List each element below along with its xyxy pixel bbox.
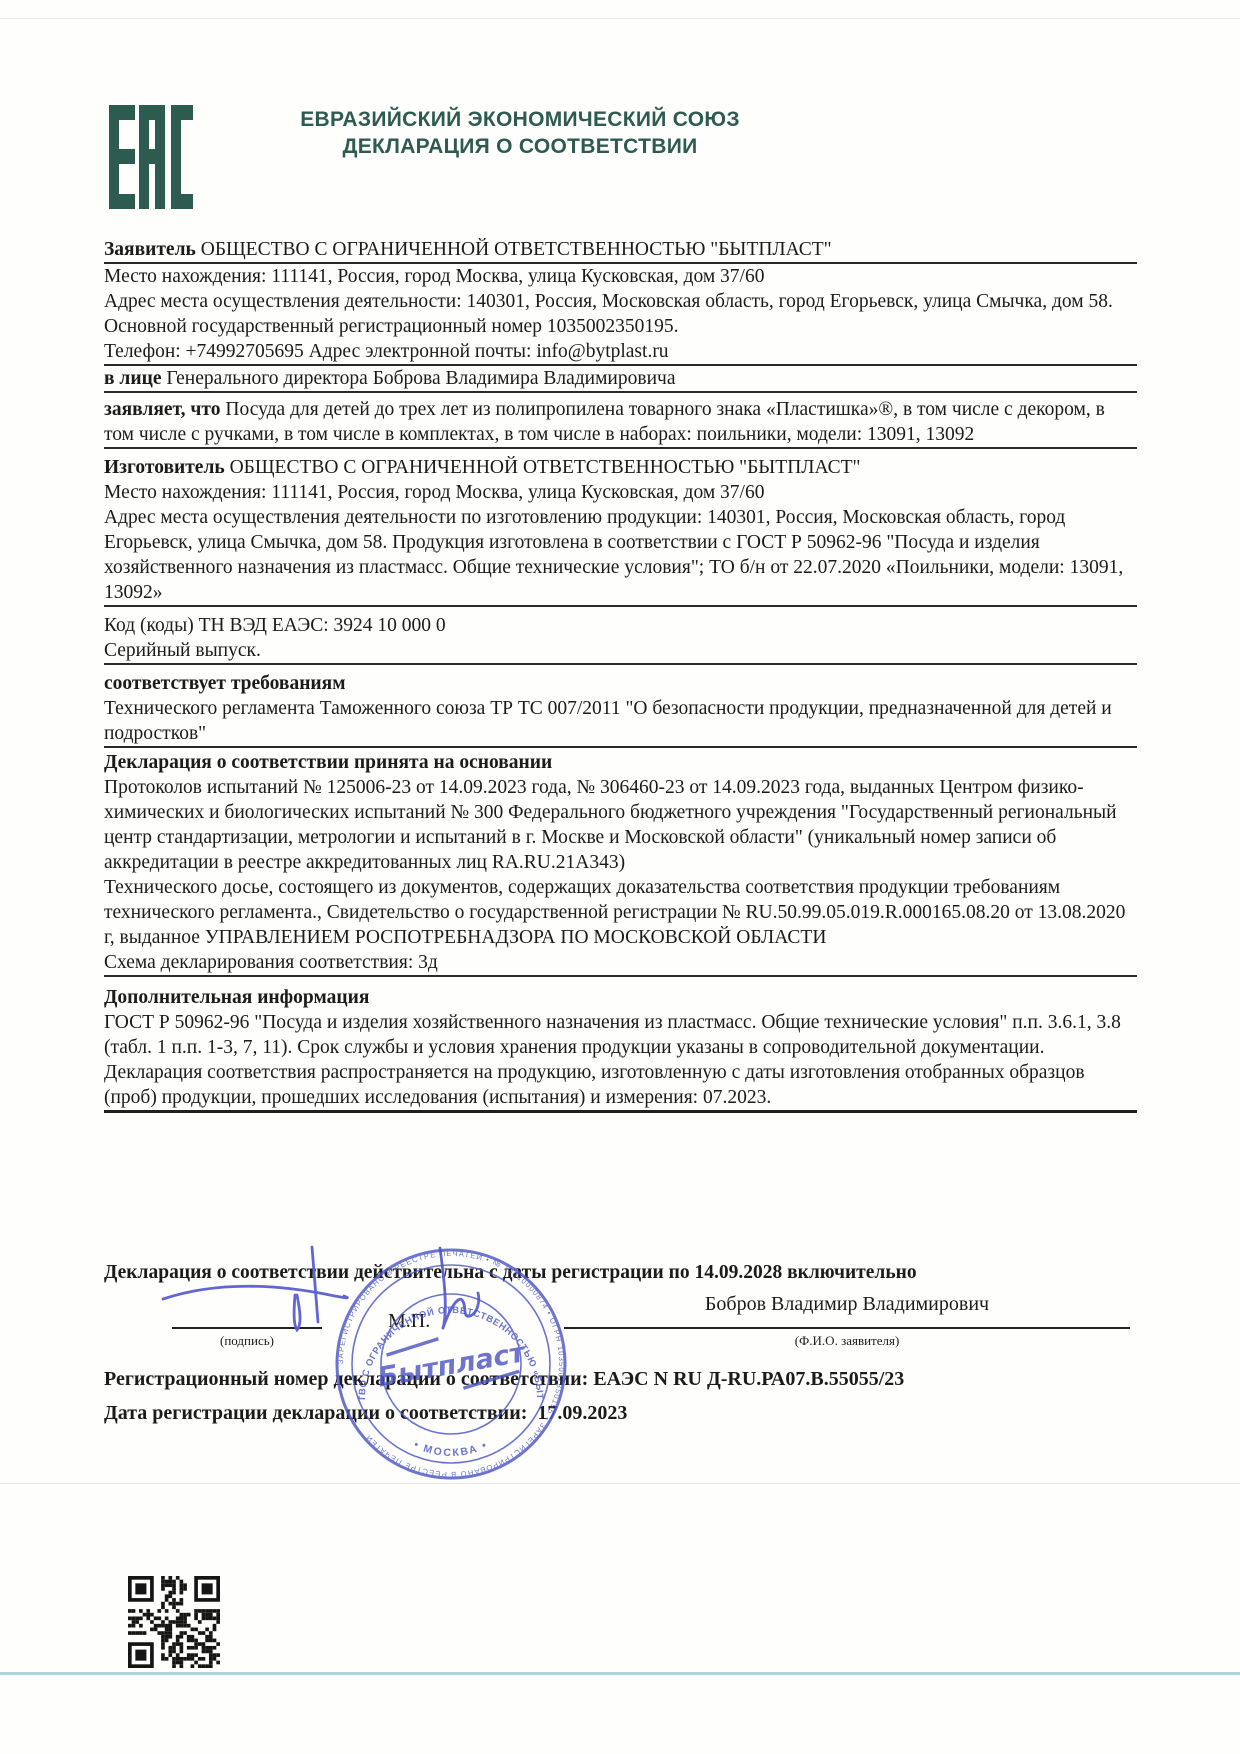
section-rule — [104, 663, 1137, 665]
section-rule — [104, 391, 1137, 393]
basis-scheme: Схема декларирования соответствия: 3д — [104, 950, 1137, 975]
addinfo-value: ГОСТ Р 50962-96 "Посуда и изделия хозяйс… — [104, 1010, 1137, 1110]
scan-artifact-line-mid — [0, 1483, 1240, 1484]
title-line2: ДЕКЛАРАЦИЯ О СООТВЕТСТВИИ — [260, 133, 780, 160]
registration-date-row: Дата регистрации декларации о соответств… — [104, 1402, 627, 1425]
manufacturer-activity-address: Адрес места осуществления деятельности п… — [104, 505, 1137, 605]
applicant-contacts: Телефон: +74992705695 Адрес электронной … — [104, 339, 1137, 364]
tnved-code: Код (коды) ТН ВЭД ЕАЭС: 3924 10 000 0 — [104, 613, 1137, 638]
manufacturer-row: Изготовитель ОБЩЕСТВО С ОГРАНИЧЕННОЙ ОТВ… — [104, 455, 1137, 480]
handwritten-signature — [140, 1238, 600, 1348]
person-value: Генерального директора Боброва Владимира… — [166, 368, 675, 389]
manufacturer-value: ОБЩЕСТВО С ОГРАНИЧЕННОЙ ОТВЕТСТВЕННОСТЬЮ… — [230, 457, 861, 478]
meets-value: Технического регламента Таможенного союз… — [104, 696, 1137, 746]
scan-artifact-line-top — [0, 18, 1240, 19]
basis-dossier: Технического досье, состоящего из докуме… — [104, 875, 1137, 950]
signer-name: Бобров Владимир Владимирович — [564, 1293, 1130, 1316]
person-row: в лице Генерального директора Боброва Вл… — [104, 366, 1137, 391]
person-label: в лице — [104, 368, 161, 389]
section-rule — [104, 746, 1137, 748]
declares-value: Посуда для детей до трех лет из полипроп… — [104, 399, 1105, 445]
section-rule — [104, 975, 1137, 977]
registration-number-label: Регистрационный номер декларации о соотв… — [104, 1368, 588, 1390]
registration-number-row: Регистрационный номер декларации о соотв… — [104, 1368, 904, 1391]
document-title: ЕВРАЗИЙСКИЙ ЭКОНОМИЧЕСКИЙ СОЮЗ ДЕКЛАРАЦИ… — [260, 106, 780, 160]
eac-logo-icon — [109, 105, 193, 209]
document-body: Заявитель ОБЩЕСТВО С ОГРАНИЧЕННОЙ ОТВЕТС… — [104, 237, 1137, 1113]
applicant-ogrn: Основной государственный регистрационный… — [104, 314, 1137, 339]
meets-label: соответствует требованиям — [104, 671, 1137, 696]
registration-date-label: Дата регистрации декларации о соответств… — [104, 1402, 527, 1424]
applicant-label: Заявитель — [104, 239, 196, 260]
applicant-row: Заявитель ОБЩЕСТВО С ОГРАНИЧЕННОЙ ОТВЕТС… — [104, 237, 1137, 262]
validity-statement: Декларация о соответствии действительна … — [104, 1262, 1137, 1284]
declaration-page: ЕВРАЗИЙСКИЙ ЭКОНОМИЧЕСКИЙ СОЮЗ ДЕКЛАРАЦИ… — [0, 0, 1240, 1754]
applicant-location: Место нахождения: 111141, Россия, город … — [104, 264, 1137, 289]
serial-issue: Серийный выпуск. — [104, 638, 1137, 663]
addinfo-label: Дополнительная информация — [104, 985, 1137, 1010]
signature-line — [172, 1327, 322, 1329]
basis-protocols: Протоколов испытаний № 125006-23 от 14.0… — [104, 775, 1137, 875]
scan-artifact-line-bottom — [0, 1672, 1240, 1675]
manufacturer-label: Изготовитель — [104, 457, 225, 478]
basis-label: Декларация о соответствии принята на осн… — [104, 750, 1137, 775]
svg-text:• МОСКВА •: • МОСКВА • — [412, 1439, 490, 1459]
title-line1: ЕВРАЗИЙСКИЙ ЭКОНОМИЧЕСКИЙ СОЮЗ — [260, 106, 780, 133]
stamp-city-text: • МОСКВА • — [412, 1439, 490, 1459]
applicant-value: ОБЩЕСТВО С ОГРАНИЧЕННОЙ ОТВЕТСТВЕННОСТЬЮ… — [201, 239, 832, 260]
applicant-activity-address: Адрес места осуществления деятельности: … — [104, 289, 1137, 314]
fio-caption: (Ф.И.О. заявителя) — [564, 1333, 1130, 1349]
manufacturer-location: Место нахождения: 111141, Россия, город … — [104, 480, 1137, 505]
section-rule-thick — [104, 1110, 1137, 1113]
section-rule — [104, 447, 1137, 449]
registration-date-value: 17.09.2023 — [537, 1402, 627, 1424]
declares-label: заявляет, что — [104, 399, 221, 420]
fio-line — [564, 1327, 1130, 1329]
declares-row: заявляет, что Посуда для детей до трех л… — [104, 397, 1137, 447]
qr-code — [128, 1576, 220, 1668]
signature-caption: (подпись) — [172, 1333, 322, 1349]
mp-seal-label: М.П. — [388, 1310, 430, 1333]
section-rule — [104, 605, 1137, 607]
registration-number-value: ЕАЭС N RU Д-RU.РА07.В.55055/23 — [593, 1368, 904, 1390]
